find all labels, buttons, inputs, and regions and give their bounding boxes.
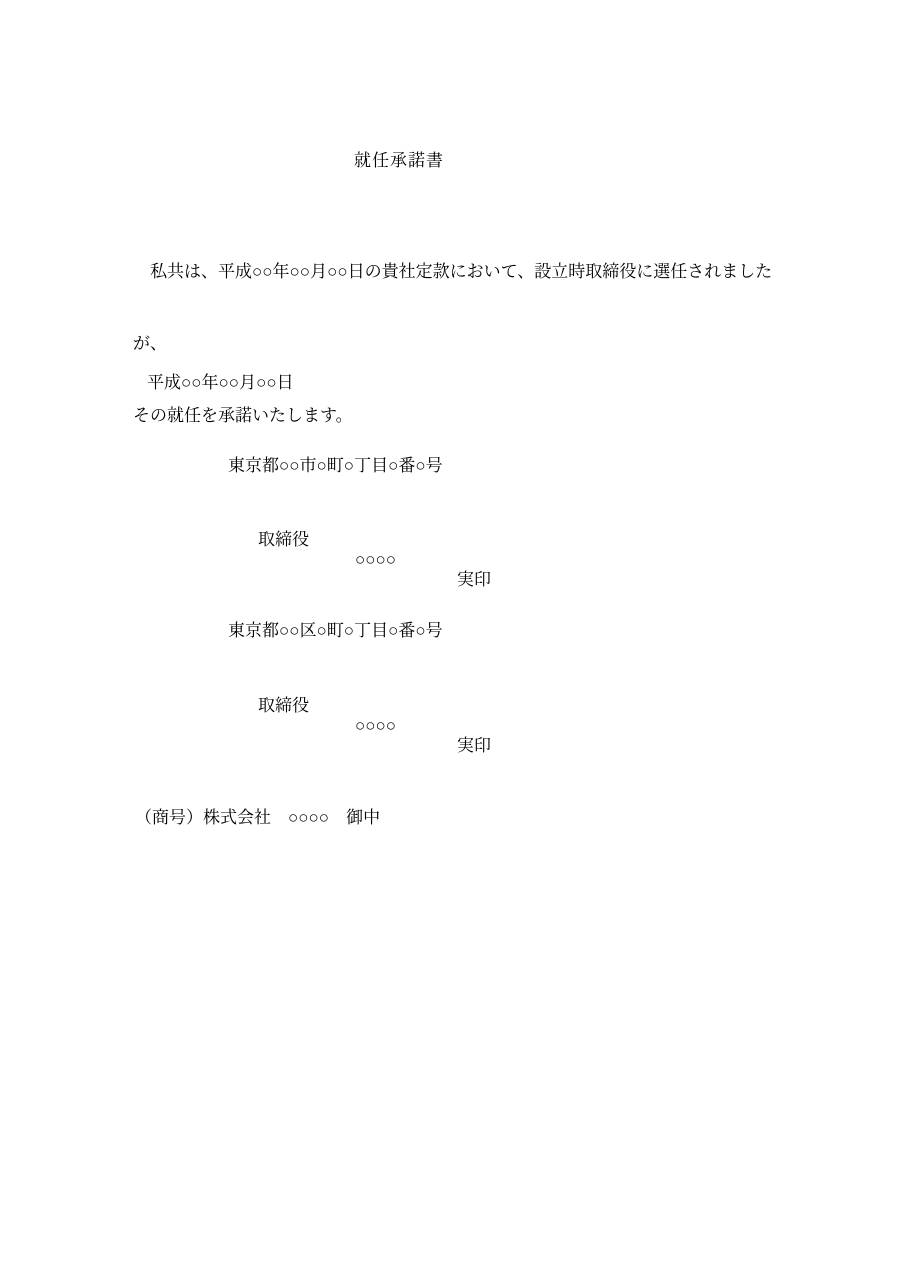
paragraph-line: が、 xyxy=(133,332,772,356)
date-line: 平成○○年○○月○○日 xyxy=(147,373,294,393)
signatory-2-seal-label: 実印 xyxy=(457,736,491,756)
signatory-2-role: 取締役 xyxy=(258,696,309,716)
addressee-line: （商号）株式会社 ○○○○ 御中 xyxy=(135,808,380,828)
signatory-2-signature-row: 取締役 ○○○○ 実印 xyxy=(0,676,905,698)
paragraph-line: その就任を承諾いたします。 xyxy=(133,404,772,428)
signatory-1-seal-label: 実印 xyxy=(457,570,491,590)
signatory-1-address: 東京都○○市○町○丁目○番○号 xyxy=(228,456,443,476)
paragraph-line: 私共は、平成○○年○○月○○日の貴社定款において、設立時取締役に選任されました xyxy=(133,260,772,284)
signatory-1-role: 取締役 xyxy=(258,530,309,550)
document-page: 就任承諾書 私共は、平成○○年○○月○○日の貴社定款において、設立時取締役に選任… xyxy=(0,0,905,1280)
document-title: 就任承諾書 xyxy=(354,151,444,171)
signatory-1-name: ○○○○ xyxy=(355,550,396,570)
signatory-2-name: ○○○○ xyxy=(355,716,396,736)
body-paragraph: 私共は、平成○○年○○月○○日の貴社定款において、設立時取締役に選任されました … xyxy=(133,212,772,476)
signatory-1-signature-row: 取締役 ○○○○ 実印 xyxy=(0,510,905,532)
signatory-2-address: 東京都○○区○町○丁目○番○号 xyxy=(228,621,443,641)
